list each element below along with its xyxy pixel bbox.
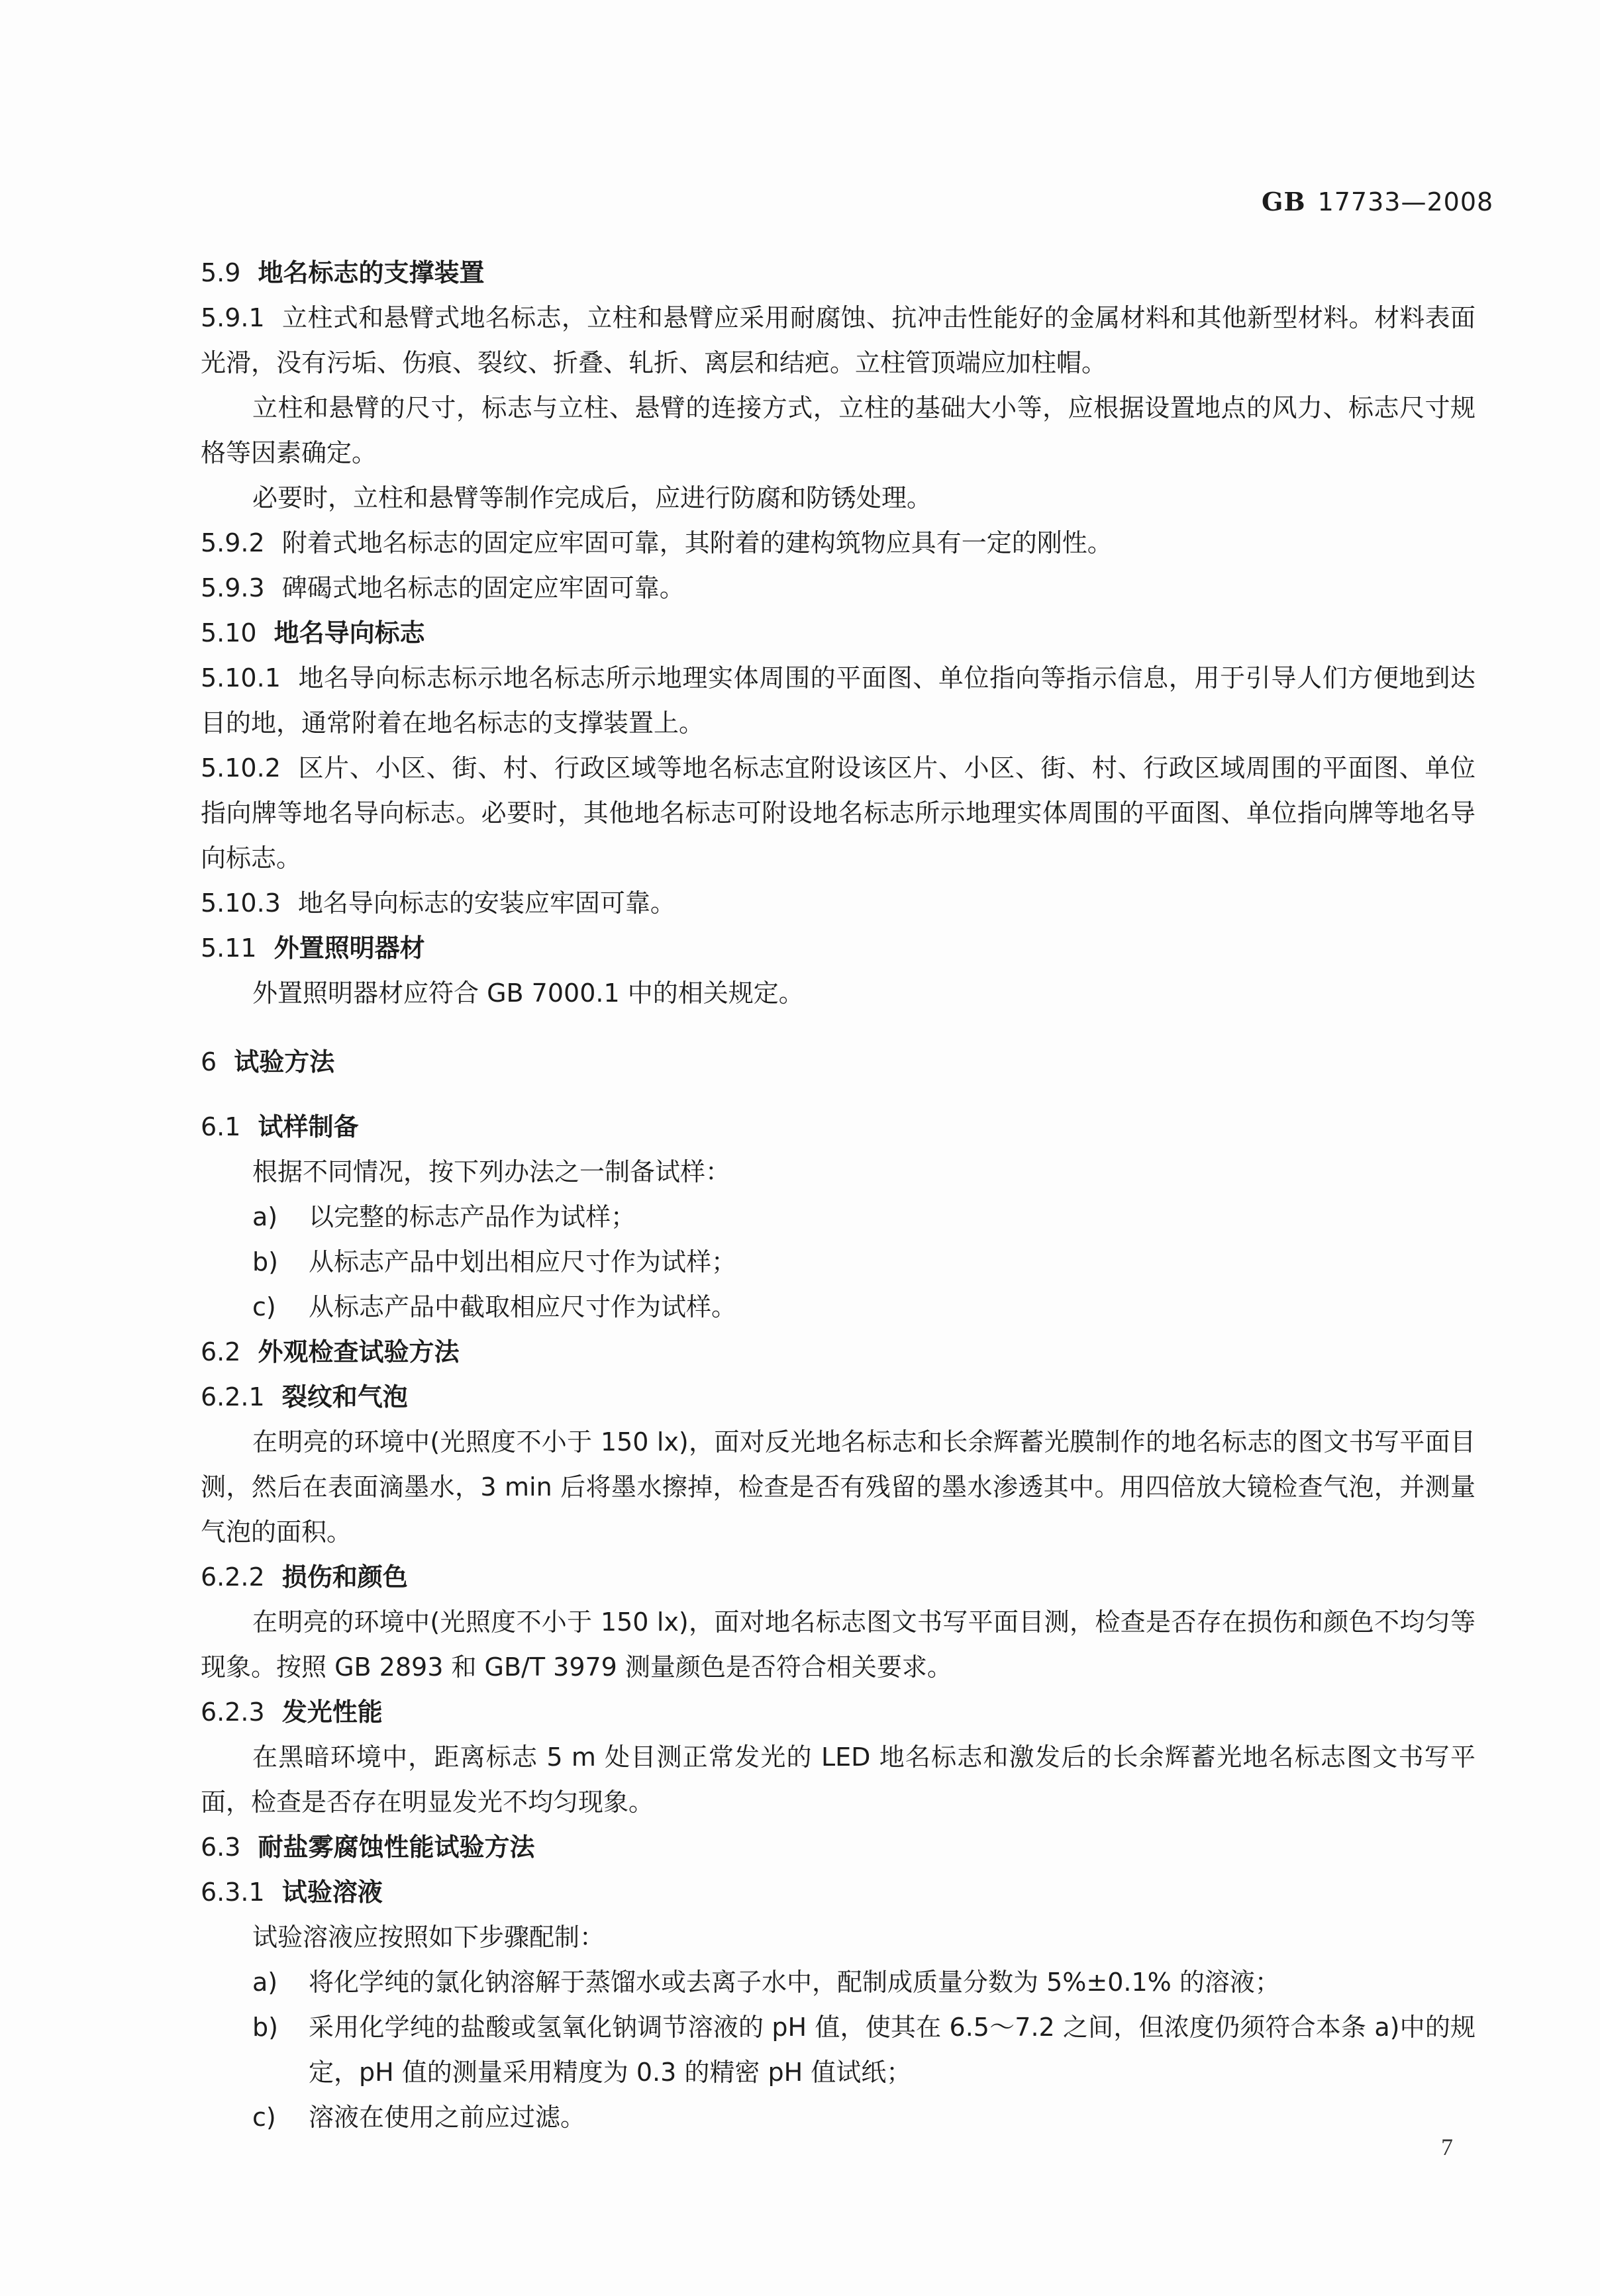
heading-6-2-1: 6.2.1裂纹和气泡 (201, 1374, 1475, 1419)
page-number: 7 (1441, 2133, 1453, 2161)
document-body: 5.9地名标志的支撑装置 5.9.1立柱式和悬臂式地名标志，立柱和悬臂应采用耐腐… (201, 250, 1475, 2140)
paragraph: 在明亮的环境中(光照度不小于 150 lx)，面对反光地名标志和长余辉蓄光膜制作… (201, 1419, 1475, 1555)
list-item: b)从标志产品中划出相应尺寸作为试样； (201, 1239, 1475, 1284)
heading-5-10: 5.10地名导向标志 (201, 610, 1475, 655)
heading-6-3-1: 6.3.1试验溶液 (201, 1870, 1475, 1915)
paragraph: 在黑暗环境中，距离标志 5 m 处目测正常发光的 LED 地名标志和激发后的长余… (201, 1735, 1475, 1825)
standard-prefix: GB (1262, 187, 1306, 216)
heading-6-2: 6.2外观检查试验方法 (201, 1329, 1475, 1374)
heading-6-2-2: 6.2.2损伤和颜色 (201, 1555, 1475, 1600)
list-item: c)溶液在使用之前应过滤。 (201, 2095, 1475, 2140)
paragraph: 试验溶液应按照如下步骤配制： (201, 1915, 1475, 1960)
clause-5-9-1: 5.9.1立柱式和悬臂式地名标志，立柱和悬臂应采用耐腐蚀、抗冲击性能好的金属材料… (201, 295, 1475, 385)
list-item: a)以完整的标志产品作为试样； (201, 1194, 1475, 1239)
page-header: GB17733—2008 (1262, 187, 1493, 216)
paragraph: 立柱和悬臂的尺寸，标志与立柱、悬臂的连接方式，立柱的基础大小等，应根据设置地点的… (201, 385, 1475, 475)
paragraph: 在明亮的环境中(光照度不小于 150 lx)，面对地名标志图文书写平面目测，检查… (201, 1600, 1475, 1690)
clause-5-10-3: 5.10.3地名导向标志的安装应牢固可靠。 (201, 881, 1475, 926)
clause-5-10-1: 5.10.1地名导向标志标示地名标志所示地理实体周围的平面图、单位指向等指示信息… (201, 655, 1475, 745)
heading-6-3: 6.3耐盐雾腐蚀性能试验方法 (201, 1825, 1475, 1870)
clause-5-10-2: 5.10.2区片、小区、街、村、行政区域等地名标志宜附设该区片、小区、街、村、行… (201, 745, 1475, 881)
heading-5-9: 5.9地名标志的支撑装置 (201, 250, 1475, 295)
paragraph: 根据不同情况，按下列办法之一制备试样： (201, 1149, 1475, 1194)
paragraph: 外置照明器材应符合 GB 7000.1 中的相关规定。 (201, 971, 1475, 1016)
list-item: b)采用化学纯的盐酸或氢氧化钠调节溶液的 pH 值，使其在 6.5～7.2 之间… (201, 2005, 1475, 2095)
list-item: c)从标志产品中截取相应尺寸作为试样。 (201, 1284, 1475, 1329)
heading-6-1: 6.1试样制备 (201, 1104, 1475, 1149)
heading-6: 6试验方法 (201, 1039, 1475, 1084)
clause-5-9-2: 5.9.2附着式地名标志的固定应牢固可靠，其附着的建构筑物应具有一定的刚性。 (201, 520, 1475, 565)
list-item: a)将化学纯的氯化钠溶解于蒸馏水或去离子水中，配制成质量分数为 5%±0.1% … (201, 1960, 1475, 2005)
clause-5-9-3: 5.9.3碑碣式地名标志的固定应牢固可靠。 (201, 565, 1475, 610)
heading-5-11: 5.11外置照明器材 (201, 926, 1475, 971)
standard-number: 17733—2008 (1318, 187, 1494, 216)
heading-6-2-3: 6.2.3发光性能 (201, 1690, 1475, 1735)
paragraph: 必要时，立柱和悬臂等制作完成后，应进行防腐和防锈处理。 (201, 475, 1475, 520)
